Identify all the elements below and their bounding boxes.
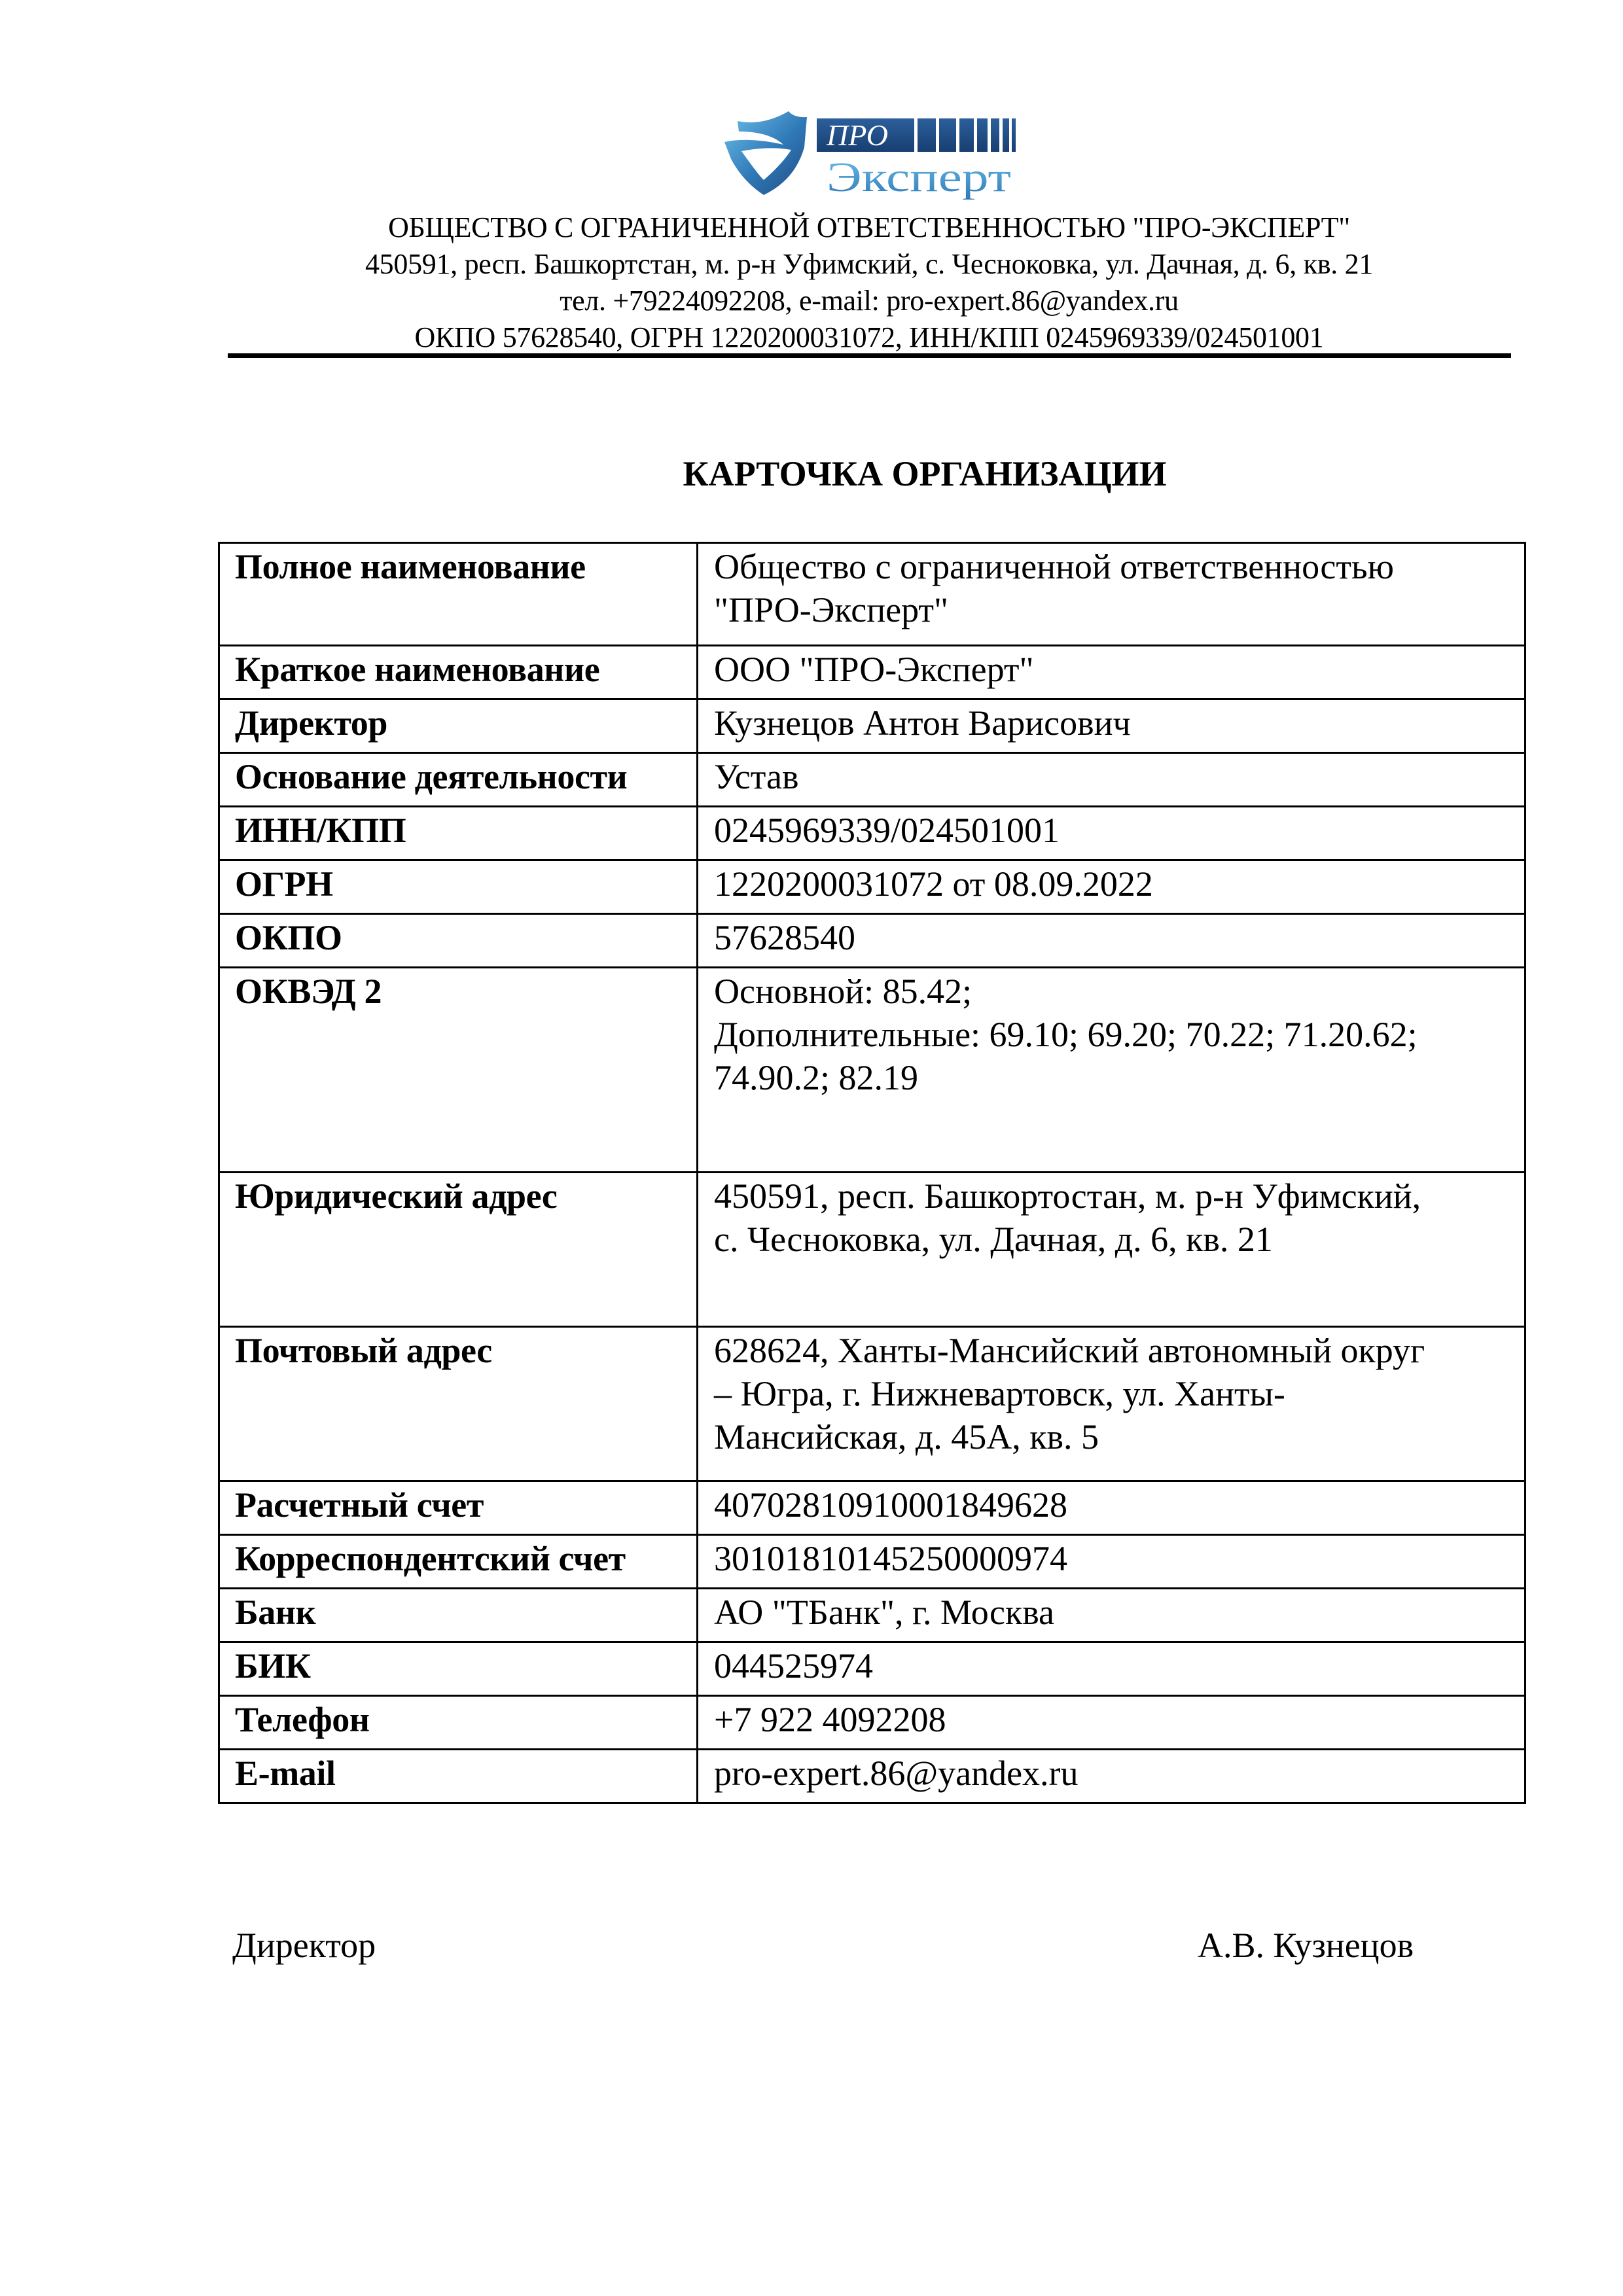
field-value-line: – Югра, г. Нижневартовск, ул. Ханты- (714, 1372, 1510, 1415)
field-value-line: 044525974 (714, 1644, 1510, 1687)
field-value-line: 1220200031072 от 08.09.2022 (714, 862, 1510, 906)
table-row: БанкАО "ТБанк", г. Москва (219, 1589, 1525, 1642)
field-label: ОГРН (219, 860, 698, 914)
table-row: Расчетный счет40702810910001849628 (219, 1481, 1525, 1535)
field-value-line: АО "ТБанк", г. Москва (714, 1591, 1510, 1634)
svg-text:Эксперт: Эксперт (827, 154, 1011, 200)
field-value-line: 628624, Ханты-Мансийский автономный окру… (714, 1329, 1510, 1372)
field-value: 628624, Ханты-Мансийский автономный окру… (698, 1327, 1525, 1481)
signature-role: Директор (232, 1924, 376, 1967)
field-label: ОКВЭД 2 (219, 968, 698, 1173)
field-label: Полное наименование (219, 543, 698, 646)
field-value-line: Основной: 85.42; (714, 970, 1510, 1013)
table-row: E-mailpro-expert.86@yandex.ru (219, 1750, 1525, 1803)
field-value: ООО "ПРО-Эксперт" (698, 646, 1525, 699)
field-label: Почтовый адрес (219, 1327, 698, 1481)
field-value-line: 74.90.2; 82.19 (714, 1056, 1510, 1099)
field-value-line: "ПРО-Эксперт" (714, 588, 1510, 631)
field-value-line: +7 922 4092208 (714, 1698, 1510, 1741)
company-full-name-caps: ОБЩЕСТВО С ОГРАНИЧЕННОЙ ОТВЕТСТВЕННОСТЬЮ… (223, 209, 1516, 246)
company-logo: ПРО Эксперт (723, 108, 1018, 200)
document-title: КАРТОЧКА ОРГАНИЗАЦИИ (661, 453, 1188, 495)
field-label: Юридический адрес (219, 1173, 698, 1327)
organization-card-table: Полное наименованиеОбщество с ограниченн… (218, 542, 1526, 1804)
field-value: 0245969339/024501001 (698, 807, 1525, 860)
field-value-line: Устав (714, 755, 1510, 798)
field-label: Расчетный счет (219, 1481, 698, 1535)
field-label: Директор (219, 699, 698, 753)
field-value-line: ООО "ПРО-Эксперт" (714, 648, 1510, 691)
field-label: БИК (219, 1642, 698, 1696)
field-value: 40702810910001849628 (698, 1481, 1525, 1535)
field-value: Основной: 85.42;Дополнительные: 69.10; 6… (698, 968, 1525, 1173)
field-value-line: Общество с ограниченной ответственностью (714, 545, 1510, 588)
field-value: АО "ТБанк", г. Москва (698, 1589, 1525, 1642)
shield-icon: ПРО Эксперт (723, 108, 1018, 200)
field-value-line: 30101810145250000974 (714, 1537, 1510, 1580)
field-label: Краткое наименование (219, 646, 698, 699)
field-value-line: pro-expert.86@yandex.ru (714, 1752, 1510, 1795)
field-value: 30101810145250000974 (698, 1535, 1525, 1589)
table-row: ИНН/КПП0245969339/024501001 (219, 807, 1525, 860)
table-row: ОКПО57628540 (219, 914, 1525, 968)
table-row: ДиректорКузнецов Антон Варисович (219, 699, 1525, 753)
table-row: ОГРН1220200031072 от 08.09.2022 (219, 860, 1525, 914)
field-value-line: 0245969339/024501001 (714, 809, 1510, 852)
table-row: Почтовый адрес628624, Ханты-Мансийский а… (219, 1327, 1525, 1481)
table-row: Основание деятельностиУстав (219, 753, 1525, 807)
field-value-line: Кузнецов Антон Варисович (714, 701, 1510, 745)
field-value-line: 450591, респ. Башкортостан, м. р-н Уфимс… (714, 1174, 1510, 1218)
field-label: E-mail (219, 1750, 698, 1803)
company-contacts: тел. +79224092208, e-mail: pro-expert.86… (223, 283, 1516, 319)
field-value-line: 40702810910001849628 (714, 1483, 1510, 1527)
table-row: ОКВЭД 2Основной: 85.42;Дополнительные: 6… (219, 968, 1525, 1173)
field-value: 57628540 (698, 914, 1525, 968)
field-label: Основание деятельности (219, 753, 698, 807)
field-value: Общество с ограниченной ответственностью… (698, 543, 1525, 646)
field-value-line: 57628540 (714, 916, 1510, 959)
field-value: +7 922 4092208 (698, 1696, 1525, 1750)
table-row: БИК044525974 (219, 1642, 1525, 1696)
field-value-line: Дополнительные: 69.10; 69.20; 70.22; 71.… (714, 1013, 1510, 1056)
company-registry-codes: ОКПО 57628540, ОГРН 1220200031072, ИНН/К… (223, 319, 1516, 356)
field-value: 1220200031072 от 08.09.2022 (698, 860, 1525, 914)
company-address: 450591, респ. Башкортстан, м. р-н Уфимск… (223, 246, 1516, 283)
field-value-line: Мансийская, д. 45А, кв. 5 (714, 1415, 1510, 1458)
field-label: Банк (219, 1589, 698, 1642)
field-value: 450591, респ. Башкортостан, м. р-н Уфимс… (698, 1173, 1525, 1327)
table-row: Корреспондентский счет301018101452500009… (219, 1535, 1525, 1589)
field-value: 044525974 (698, 1642, 1525, 1696)
company-requisites-header: ОБЩЕСТВО С ОГРАНИЧЕННОЙ ОТВЕТСТВЕННОСТЬЮ… (223, 209, 1516, 356)
field-label: ИНН/КПП (219, 807, 698, 860)
signature-name: А.В. Кузнецов (1198, 1924, 1414, 1967)
table-row: Полное наименованиеОбщество с ограниченн… (219, 543, 1525, 646)
table-row: Юридический адрес450591, респ. Башкортос… (219, 1173, 1525, 1327)
table-row: Краткое наименованиеООО "ПРО-Эксперт" (219, 646, 1525, 699)
table-row: Телефон+7 922 4092208 (219, 1696, 1525, 1750)
svg-text:ПРО: ПРО (826, 118, 888, 152)
field-label: ОКПО (219, 914, 698, 968)
header-divider (228, 353, 1511, 358)
field-value: pro-expert.86@yandex.ru (698, 1750, 1525, 1803)
field-label: Телефон (219, 1696, 698, 1750)
field-label: Корреспондентский счет (219, 1535, 698, 1589)
field-value: Кузнецов Антон Варисович (698, 699, 1525, 753)
field-value: Устав (698, 753, 1525, 807)
field-value-line: с. Чесноковка, ул. Дачная, д. 6, кв. 21 (714, 1218, 1510, 1261)
